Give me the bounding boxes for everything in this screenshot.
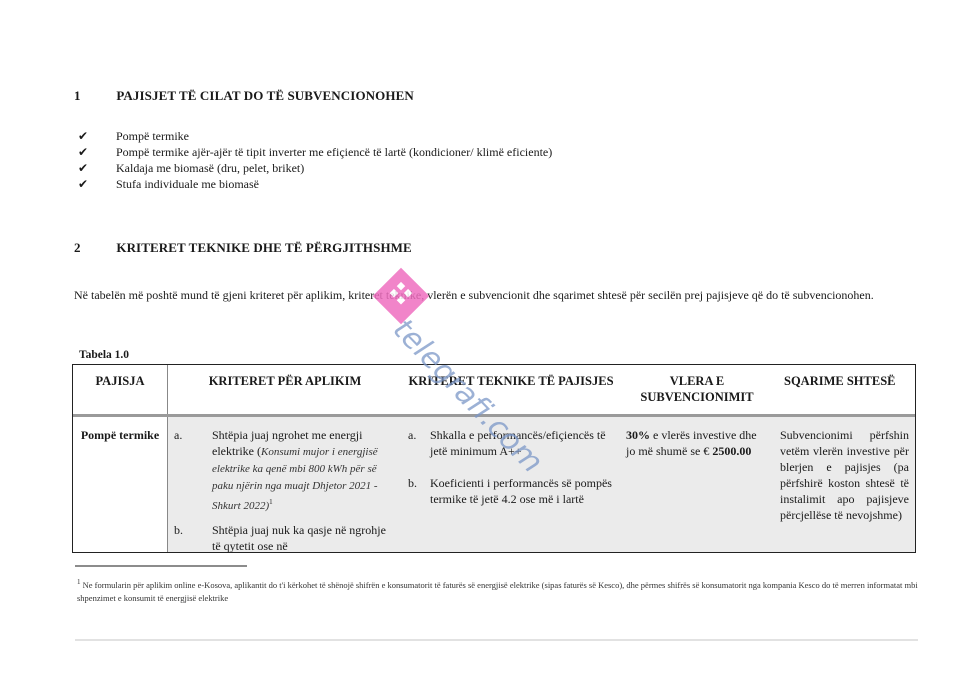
checkmark-icon: ✔ (78, 176, 116, 192)
header-notes: SQARIME SHTESË (774, 365, 915, 416)
footnote-separator (75, 565, 247, 567)
footnote: 1 Ne formularin për aplikim online e-Kos… (77, 576, 927, 605)
list-item: ✔Kaldaja me biomasë (dru, pelet, briket) (78, 160, 552, 176)
checkmark-icon: ✔ (78, 160, 116, 176)
criterion-b: b. Koeficienti i performancës së pompës … (408, 475, 614, 507)
notes-cell: Subvencionimi përfshin vetëm vlerën inve… (774, 416, 915, 554)
checkmark-icon: ✔ (78, 144, 116, 160)
technical-criteria-cell: a. Shkalla e performancës/efiçiencës të … (402, 416, 620, 554)
intro-paragraph: Në tabelën më poshtë mund të gjeni krite… (74, 287, 904, 303)
footnote-ref[interactable]: 1 (269, 498, 273, 506)
device-cell: Pompë termike (73, 416, 168, 554)
criterion-b: b. Shtëpia juaj nuk ka qasje në ngrohje … (174, 522, 396, 553)
subsidy-value-cell: 30% e vlerës investive dhe jo më shumë s… (620, 416, 774, 554)
section-number: 2 (74, 240, 113, 256)
application-criteria-cell: a. Shtëpia juaj ngrohet me energji elekt… (168, 416, 403, 554)
device-checklist: ✔Pompë termike ✔Pompë termike ajër-ajër … (78, 128, 552, 192)
header-technical-criteria: KRITERET TEKNIKE TË PAJISJES (402, 365, 620, 416)
header-device: PAJISJA (73, 365, 168, 416)
checkmark-icon: ✔ (78, 128, 116, 144)
table-header-row: PAJISJA KRITERET PËR APLIKIM KRITERET TE… (73, 365, 915, 416)
header-application-criteria: KRITERET PËR APLIKIM (168, 365, 403, 416)
header-subsidy-value: VLERA E SUBVENCIONIMIT (620, 365, 774, 416)
list-item: ✔Stufa individuale me biomasë (78, 176, 552, 192)
table-caption: Tabela 1.0 (79, 349, 129, 361)
page-bottom-divider (75, 639, 918, 641)
list-item: ✔Pompë termike ajër-ajër të tipit invert… (78, 144, 552, 160)
section-number: 1 (74, 88, 113, 104)
table-row: Pompë termike a. Shtëpia juaj ngrohet me… (73, 416, 915, 554)
section-2-heading: 2 KRITERET TEKNIKE DHE TË PËRGJITHSHME (74, 240, 412, 256)
criteria-table: PAJISJA KRITERET PËR APLIKIM KRITERET TE… (72, 364, 916, 553)
list-item: ✔Pompë termike (78, 128, 552, 144)
criterion-a: a. Shkalla e performancës/efiçiencës të … (408, 427, 614, 459)
section-1-heading: 1 PAJISJET TË CILAT DO TË SUBVENCIONOHEN (74, 88, 414, 104)
section-title: PAJISJET TË CILAT DO TË SUBVENCIONOHEN (116, 88, 413, 103)
section-title: KRITERET TEKNIKE DHE TË PËRGJITHSHME (116, 240, 411, 255)
criterion-a: a. Shtëpia juaj ngrohet me energji elekt… (174, 427, 396, 514)
